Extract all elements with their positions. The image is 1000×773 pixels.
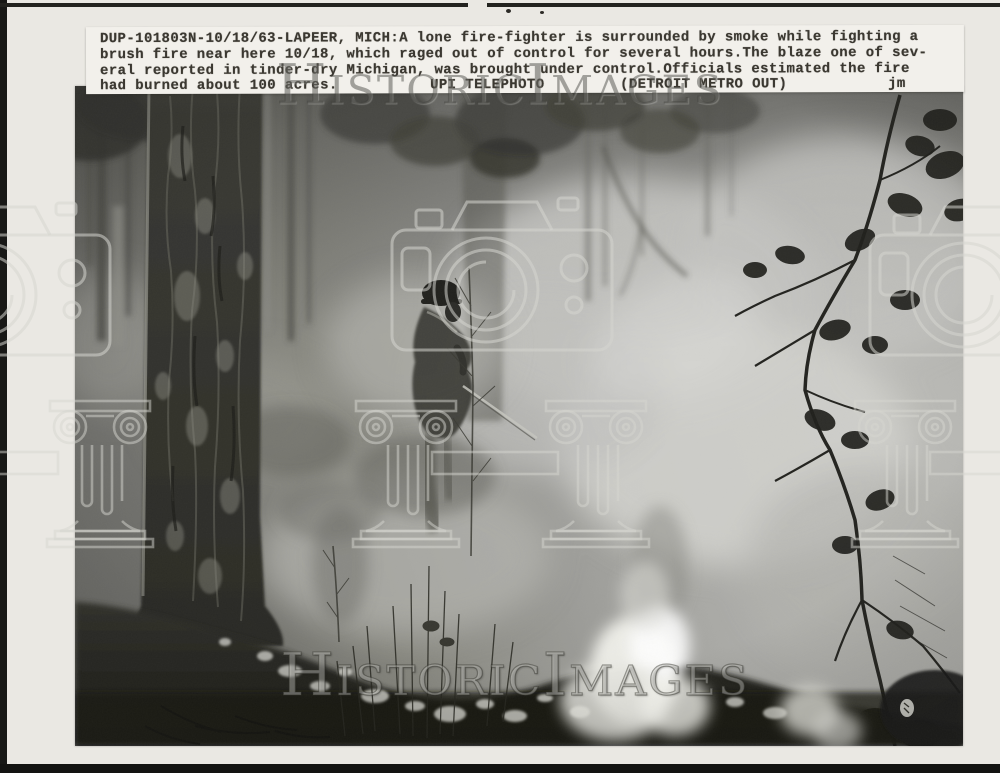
- editor-initials: jm: [888, 77, 906, 93]
- scan-edge-top: [487, 3, 1000, 7]
- press-photo-scan: DUP-101803N-10/18/63-LAPEER, MICH:A lone…: [0, 0, 1000, 773]
- caption-acreage: had burned about 100 acres.: [100, 78, 338, 94]
- scan-edge-top: [0, 3, 468, 7]
- photo-scene: [75, 86, 963, 746]
- caption-line-4: had burned about 100 acres. UPI TELEPHOT…: [100, 77, 954, 94]
- dust-speck: [506, 9, 511, 13]
- scan-edge-left: [0, 0, 7, 773]
- caption-paper: DUP-101803N-10/18/63-LAPEER, MICH:A lone…: [86, 25, 964, 94]
- film-grain: [75, 86, 963, 746]
- wire-service-credit: UPI TELEPHOTO: [430, 78, 544, 94]
- distribution-restriction: (DETROIT METRO OUT): [620, 78, 787, 94]
- scan-edge-bottom: [0, 764, 1000, 773]
- dust-speck: [540, 11, 544, 14]
- photograph: [75, 86, 963, 746]
